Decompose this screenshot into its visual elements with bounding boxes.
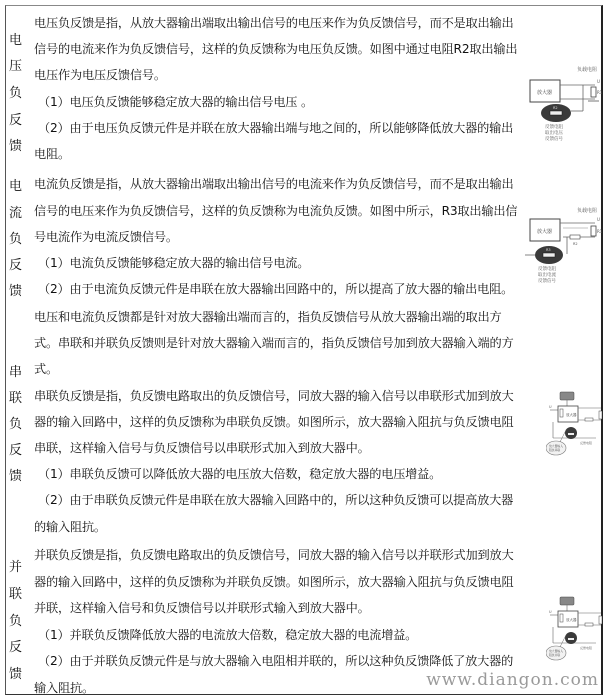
svg-text:R1: R1 xyxy=(597,90,603,95)
label-char: 电 xyxy=(9,29,22,48)
svg-text:放大器: 放大器 xyxy=(566,617,577,622)
label-char: 压 xyxy=(9,55,22,74)
svg-text:反馈信号: 反馈信号 xyxy=(545,135,563,142)
paragraph-line: （2）由于电流负反馈元件是串联在放大器输出回路中的，所以提高了放大器的输出电阻。 xyxy=(38,280,513,297)
label-char: 馈 xyxy=(9,135,22,154)
label-char: 流 xyxy=(9,202,22,221)
svg-text:放大器: 放大器 xyxy=(566,412,577,417)
svg-text:U: U xyxy=(549,610,552,614)
voltage-feedback-circuit-diagram: 负载电阻 放大器 U R1 R2 反馈电阻 取出电压 反馈信号 xyxy=(525,63,603,148)
svg-text:反馈电阻: 反馈电阻 xyxy=(538,265,556,272)
label-char: 电 xyxy=(9,175,22,194)
label-char: 反 xyxy=(9,636,22,655)
paragraph-line: 信号的电压来作为负反馈信号，这样的负反馈称为电流负反馈。如图中所示，R3取出输出… xyxy=(34,202,517,219)
feedback-types-table: 电 压 负 反 馈 电压负反馈是指，从放大器输出端取出输出信号的电压来作为负反馈… xyxy=(5,5,603,695)
svg-text:阻抗并联: 阻抗并联 xyxy=(549,653,560,657)
svg-text:R3: R3 xyxy=(546,248,551,252)
label-char: 反 xyxy=(9,254,22,273)
section-series-feedback: 串 联 负 反 馈 电压和电流负反馈都是针对放大器输出端而言的，指负反馈信号从放… xyxy=(6,301,601,535)
paragraph-line: 输入阻抗。 xyxy=(34,679,94,696)
paragraph-line: 器的输入回路中，这样的负反馈称为串联负反馈。如图所示，放大器输入阻抗与负反馈电阻 xyxy=(34,413,514,430)
paragraph-line: （1）电压负反馈能够稳定放大器的输出信号电压 。 xyxy=(38,93,313,110)
current-feedback-circuit-diagram: 负载电阻 放大器 U R1 R2 R3 反馈电阻 取出电流 反馈信号 xyxy=(525,204,603,284)
paragraph-line: （1）电流负反馈能够稳定放大器的输出信号电流。 xyxy=(38,254,309,271)
label-char: 负 xyxy=(9,413,22,432)
label-char: 负 xyxy=(9,82,22,101)
paragraph-line: 的输入阻抗。 xyxy=(34,518,106,535)
paragraph-line: （1）串联负反馈可以降低放大器的电压放大倍数，稳定放大器的电压增益。 xyxy=(38,465,441,482)
paragraph-line: （2）由于串联负反馈元件是串联在放大器输入回路中的，所以这种负反馈可以提高放大器 xyxy=(38,491,513,508)
paragraph-line: （2）由于电压负反馈元件是并联在放大器输出端与地之间的，所以能够降低放大器的输出 xyxy=(38,119,513,136)
svg-text:反馈电阻: 反馈电阻 xyxy=(580,440,592,445)
svg-text:反馈信号: 反馈信号 xyxy=(538,277,556,284)
svg-text:U: U xyxy=(597,217,600,222)
label-char: 联 xyxy=(9,583,22,602)
label-char: 联 xyxy=(9,387,22,406)
label-char: 负 xyxy=(9,228,22,247)
paragraph-line: 电压负反馈是指，从放大器输出端取出输出信号的电压来作为负反馈信号，而不是取出输出 xyxy=(34,14,514,31)
svg-text:R2: R2 xyxy=(553,106,558,110)
label-char: 馈 xyxy=(9,465,22,484)
site-watermark: www.diangon.com xyxy=(426,670,599,690)
svg-text:放大器: 放大器 xyxy=(537,89,552,96)
paragraph-line: 电压作为电压反馈信号。 xyxy=(34,66,166,83)
parallel-feedback-circuit-diagram: U 放大器 反馈电阻 放大器输入 阻抗并联 xyxy=(546,595,606,665)
paragraph-line: （2）由于并联负反馈元件是与放大器输入电阻相并联的，所以这种负反馈降低了放大器的 xyxy=(38,652,513,669)
svg-text:R2: R2 xyxy=(573,242,578,246)
section-voltage-feedback: 电 压 负 反 馈 电压负反馈是指，从放大器输出端取出输出信号的电压来作为负反馈… xyxy=(6,6,601,166)
paragraph-line: 器的输入回路中，这样的负反馈称为并联负反馈。如图所示，放大器输入阻抗与负反馈电阻 xyxy=(34,573,514,590)
paragraph-line: （1）并联负反馈降低放大器的电流放大倍数，稳定放大器的电流增益。 xyxy=(38,626,417,643)
svg-text:负载电阻: 负载电阻 xyxy=(577,66,597,73)
label-char: 反 xyxy=(9,439,22,458)
intro-line: 式。串联和并联负反馈则是针对放大器输入端而言的，指负反馈信号加到放大器输入端的方 xyxy=(34,334,514,351)
section-current-feedback: 电 流 负 反 馈 电流负反馈是指，从放大器输出端取出输出信号的电流来作为负反馈… xyxy=(6,166,601,301)
paragraph-line: 电阻。 xyxy=(34,145,70,162)
label-char: 并 xyxy=(9,556,22,575)
series-feedback-circuit-diagram: U 放大器 反馈电阻 放大器输入 阻抗串联 xyxy=(546,390,606,460)
label-char: 反 xyxy=(9,109,22,128)
paragraph-line: 串联负反馈是指，负反馈电路取出的负反馈信号，同放大器的输入信号以串联形式加到放大 xyxy=(34,387,514,404)
svg-text:U: U xyxy=(597,79,600,84)
paragraph-line: 信号的电流来作为负反馈信号，这样的负反馈称为电压负反馈。如图中通过电阻R2取出输… xyxy=(34,40,517,57)
intro-line: 式。 xyxy=(34,360,58,377)
paragraph-line: 电流负反馈是指，从放大器输出端取出输出信号的电流来作为负反馈信号，而不是取出输出 xyxy=(34,175,514,192)
label-char: 负 xyxy=(9,610,22,629)
svg-text:阻抗串联: 阻抗串联 xyxy=(549,448,560,452)
paragraph-line: 并联负反馈是指，负反馈电路取出的负反馈信号，同放大器的输入信号以并联形式加到放大 xyxy=(34,546,514,563)
paragraph-line: 串联，这样输入信号与负反馈信号以串联形式加入到放大器中。 xyxy=(34,439,370,456)
label-char: 串 xyxy=(9,361,22,380)
svg-text:负载电阻: 负载电阻 xyxy=(577,207,597,214)
svg-text:取出电压: 取出电压 xyxy=(545,129,563,136)
intro-line: 电压和电流负反馈都是针对放大器输出端而言的，指负反馈信号从放大器输出端的取出方 xyxy=(34,308,502,325)
paragraph-line: 号电流作为电流反馈信号。 xyxy=(34,228,178,245)
svg-text:放大器: 放大器 xyxy=(537,228,552,235)
label-char: 馈 xyxy=(9,280,22,299)
svg-text:取出电流: 取出电流 xyxy=(538,271,556,278)
svg-text:反馈电阻: 反馈电阻 xyxy=(545,123,563,130)
svg-text:反馈电阻: 反馈电阻 xyxy=(580,645,592,650)
svg-text:U: U xyxy=(549,405,552,409)
paragraph-line: 并联，这样输入信号和负反馈信号以并联形式输入到放大器中。 xyxy=(34,599,370,616)
label-char: 馈 xyxy=(9,663,22,682)
svg-text:R1: R1 xyxy=(597,229,603,234)
